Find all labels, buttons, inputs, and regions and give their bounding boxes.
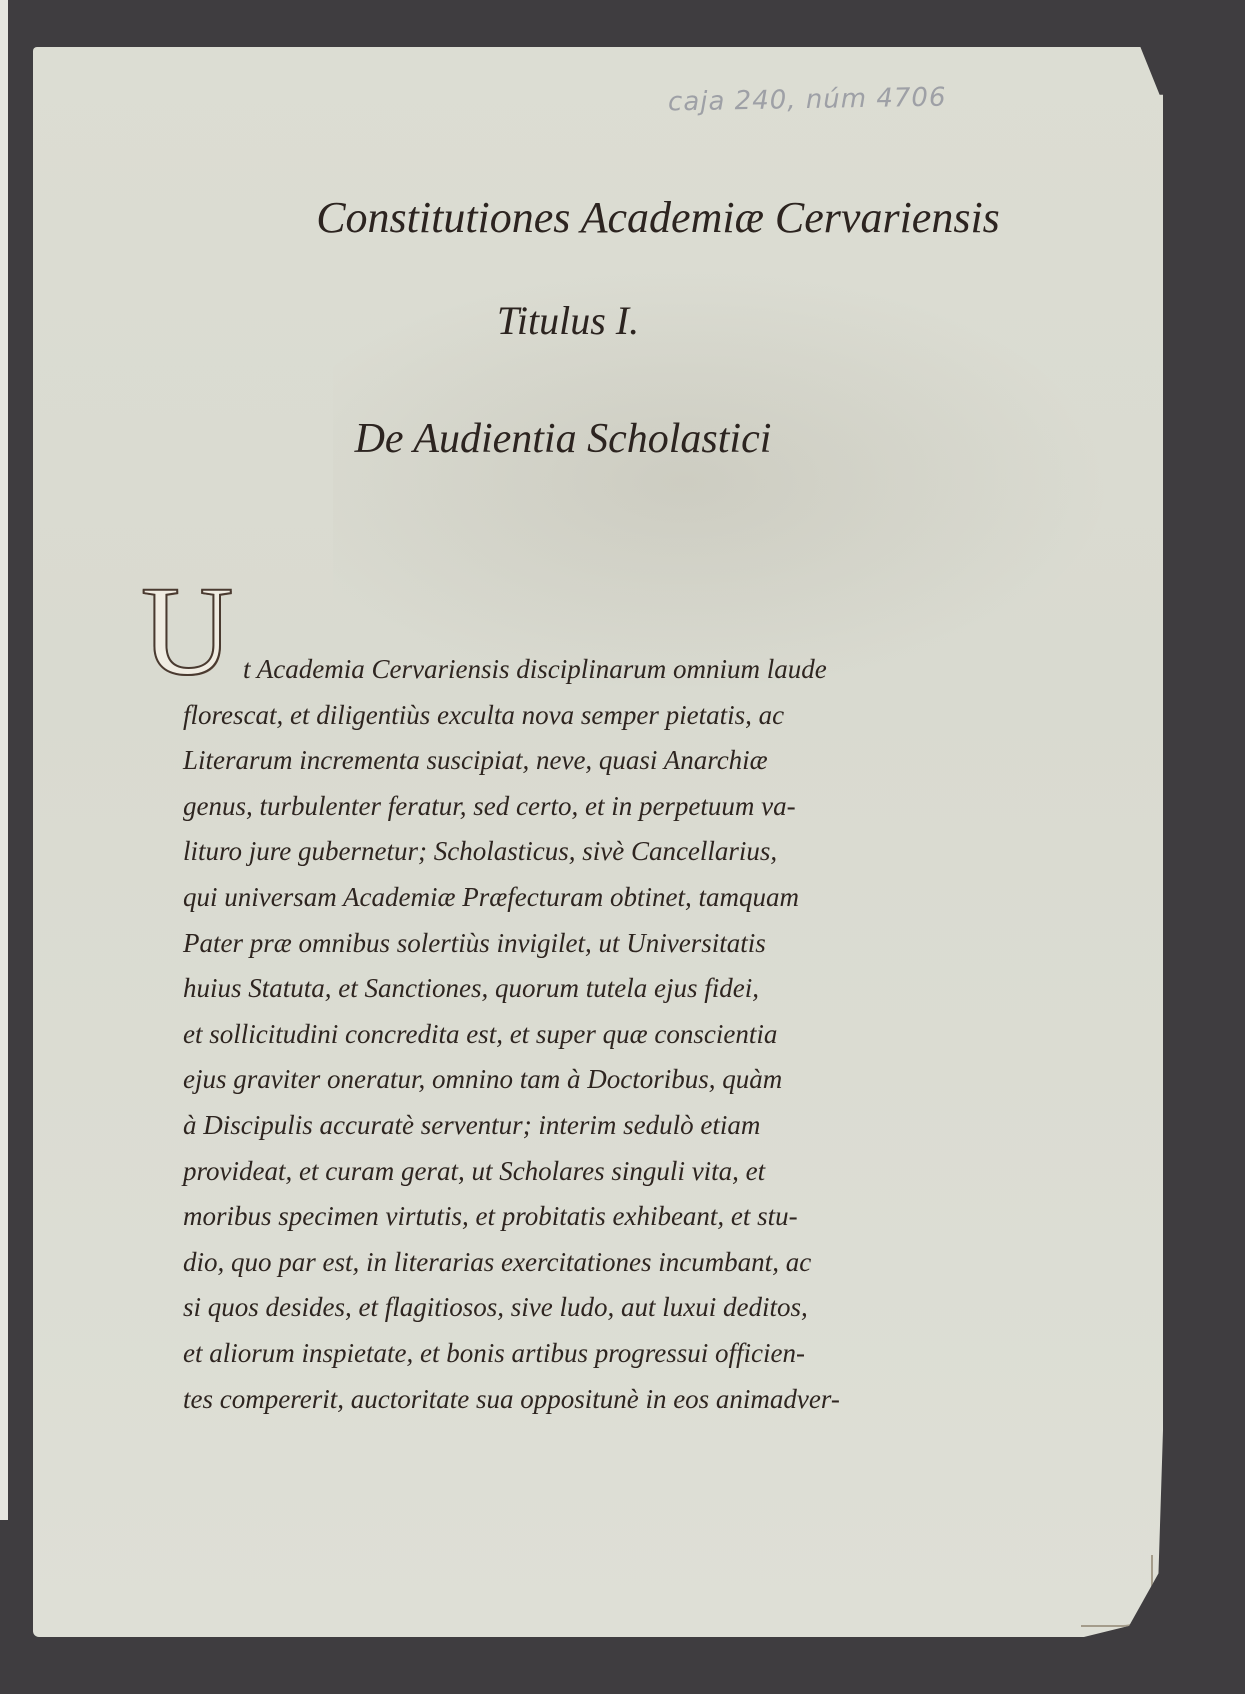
manuscript-page: caja 240, núm 4706 Constitutiones Academ… [33,47,1163,1637]
text-line: Literarum incrementa suscipiat, neve, qu… [183,738,1063,784]
text-line: dio, quo par est, in literarias exercita… [183,1240,1063,1286]
text-line: Pater præ omnibus solertiùs invigilet, u… [183,921,1063,967]
text-line: tes compererit, auctoritate sua oppositu… [183,1377,1063,1423]
text-line: et sollicitudini concredita est, et supe… [183,1012,1063,1058]
background-board [0,1520,12,1694]
adjacent-page-edge [0,0,8,1694]
text-line: qui universam Academiæ Præfecturam obtin… [183,875,1063,921]
text-line: si quos desides, et flagitiosos, sive lu… [183,1285,1063,1331]
text-line: huius Statuta, et Sanctiones, quorum tut… [183,966,1063,1012]
text-line: moribus specimen virtutis, et probitatis… [183,1194,1063,1240]
text-line: provideat, et curam gerat, ut Scholares … [183,1149,1063,1195]
section-heading: Titulus I. [3,297,1133,344]
text-line: lituro jure gubernetur; Scholasticus, si… [183,829,1063,875]
text-line: ejus graviter oneratur, omnino tam à Doc… [183,1057,1063,1103]
text-line: à Discipulis accuratè serventur; interim… [183,1103,1063,1149]
text-line: genus, turbulenter feratur, sed certo, e… [183,784,1063,830]
text-line: et aliorum inspietate, et bonis artibus … [183,1331,1063,1377]
folded-corner [1081,1555,1153,1627]
archive-annotation: caja 240, núm 4706 [668,83,947,118]
document-title: Constitutiones Academiæ Cervariensis [93,192,1223,243]
section-subtitle: De Audientia Scholastici [0,415,1128,463]
text-line: t Academia Cervariensis disciplinarum om… [183,647,1063,693]
body-text: t Academia Cervariensis disciplinarum om… [183,647,1063,1422]
text-line: florescat, et diligentiùs exculta nova s… [183,693,1063,739]
